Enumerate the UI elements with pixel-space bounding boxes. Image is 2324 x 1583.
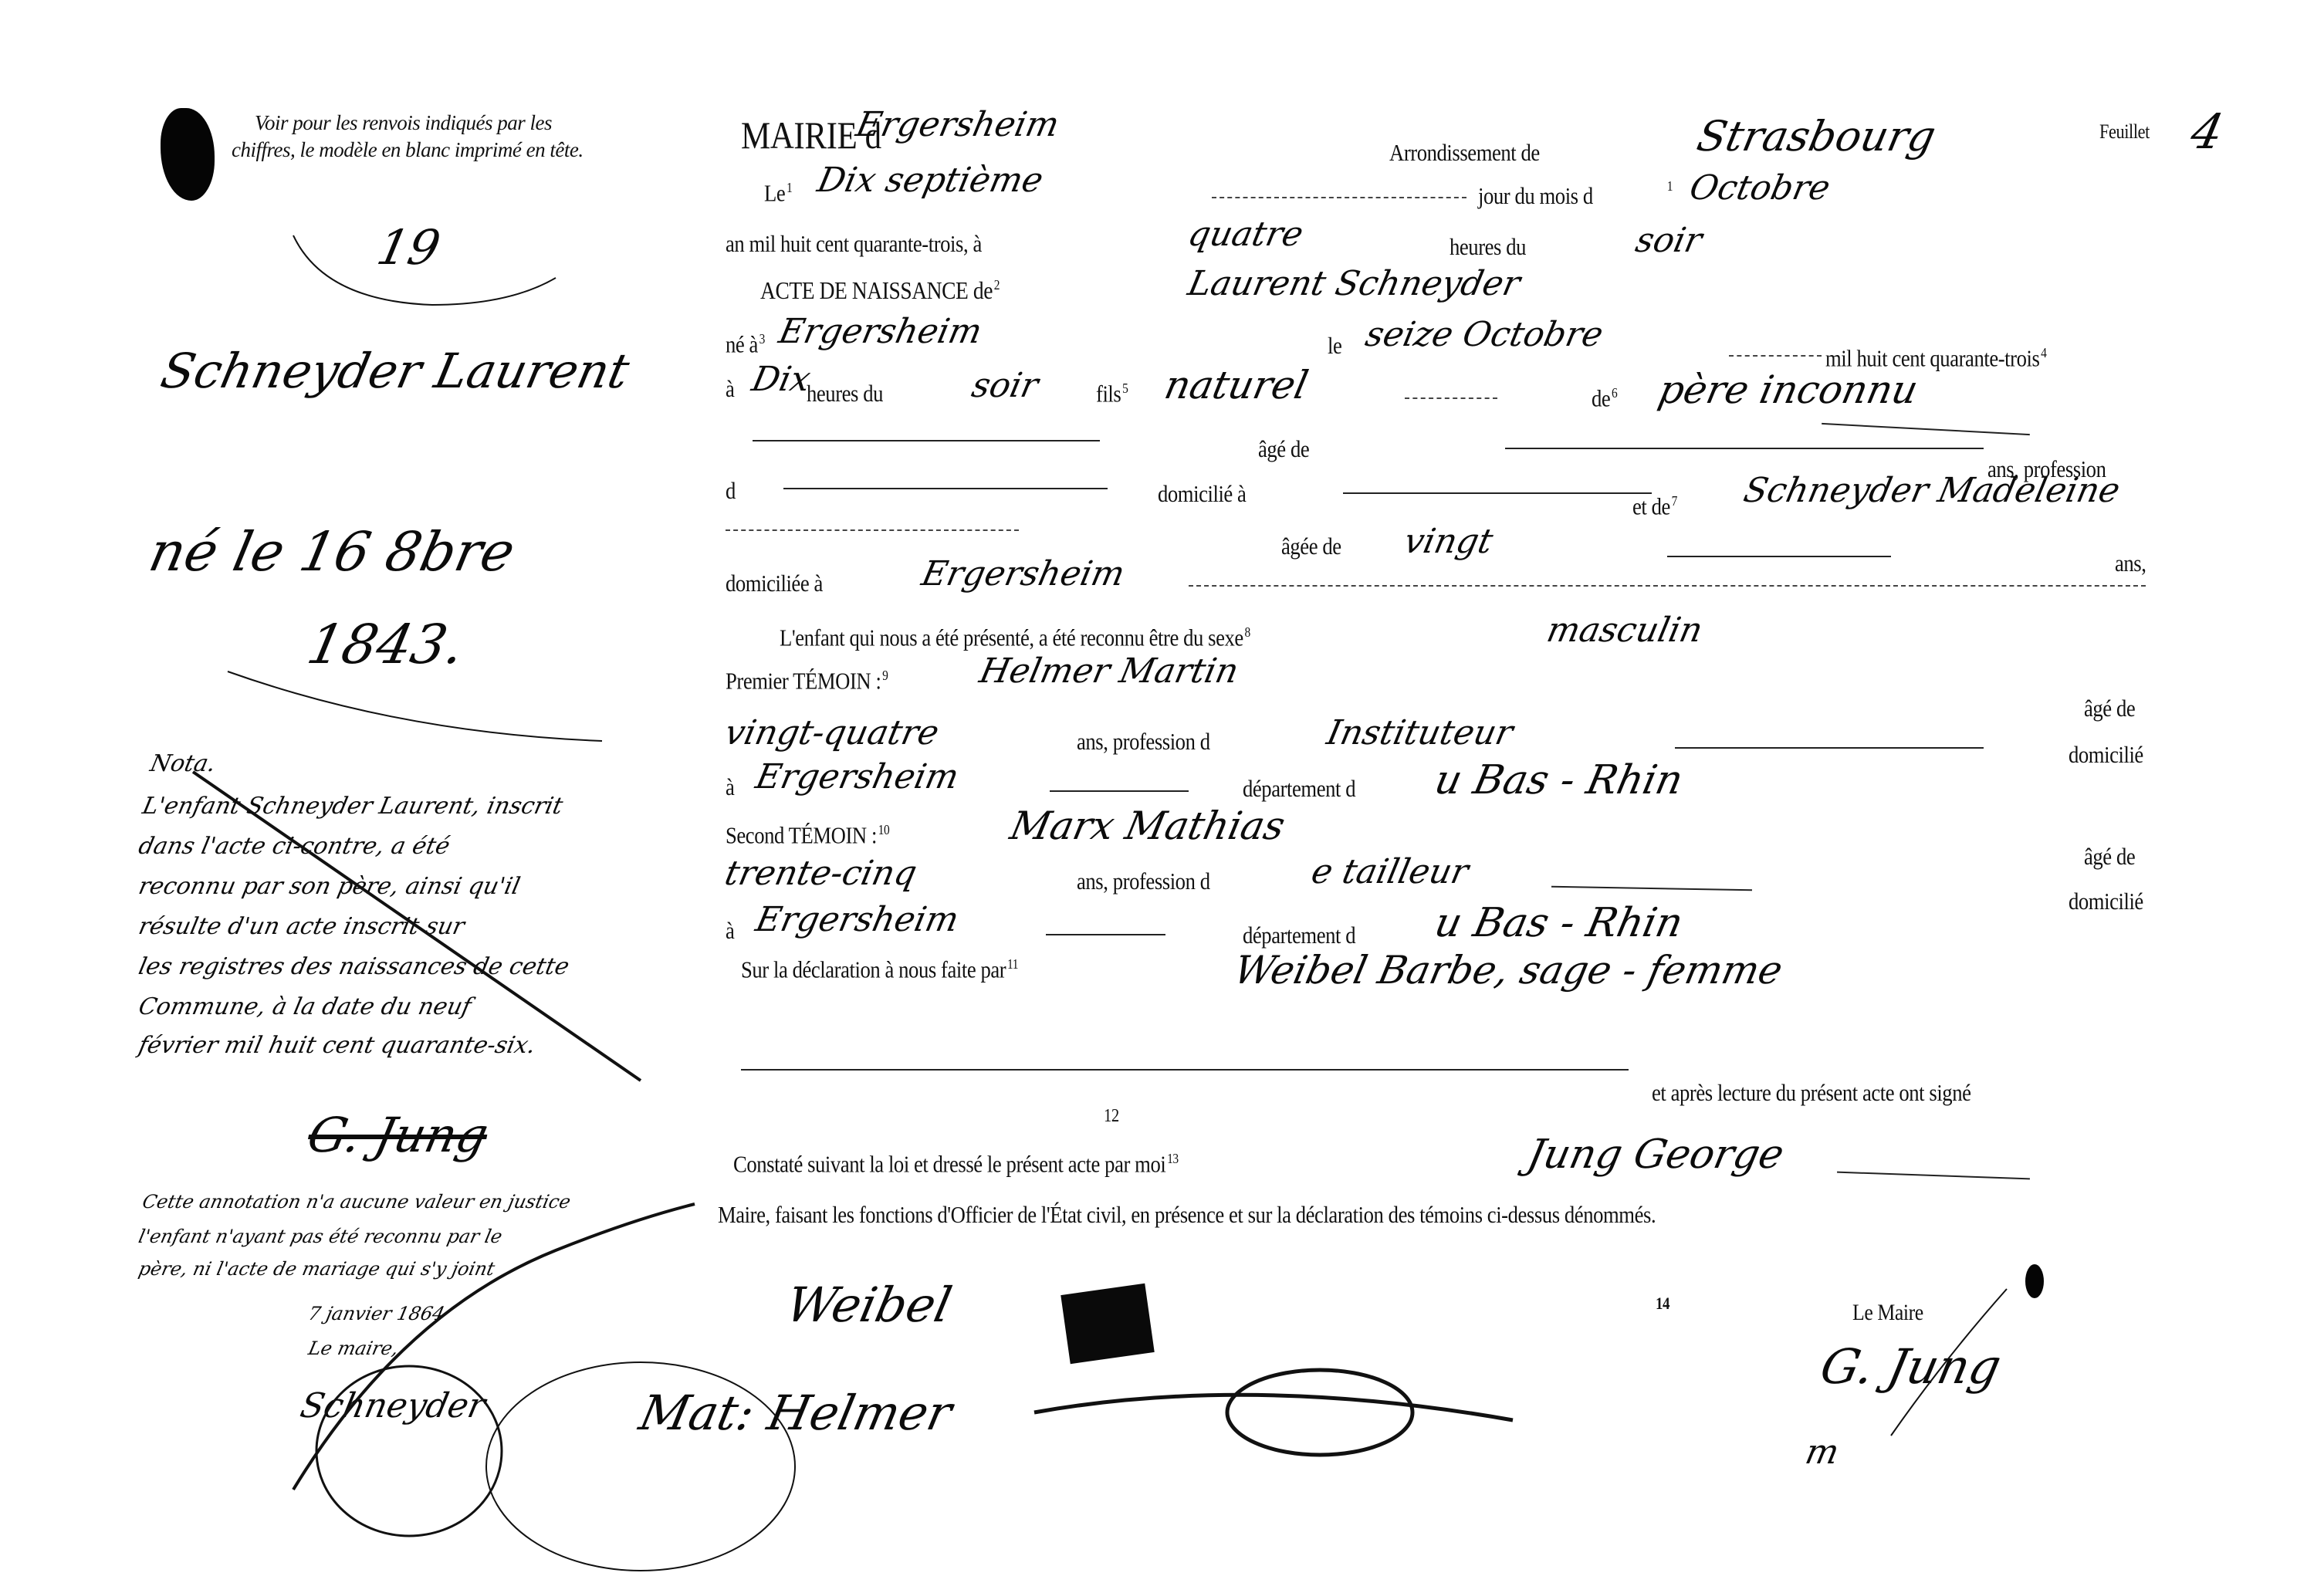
pen-strokes (0, 0, 2324, 1583)
